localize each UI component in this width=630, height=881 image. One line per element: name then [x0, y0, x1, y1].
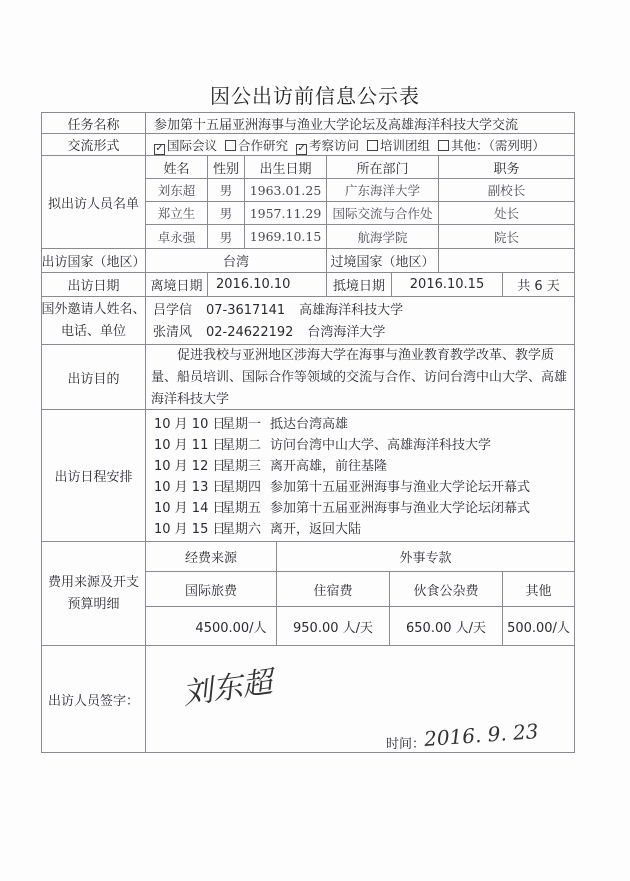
budget-value-intl-travel: 4500.00/人: [146, 607, 277, 646]
country-value: 台湾: [146, 249, 327, 273]
member-header-name: 姓名: [146, 156, 208, 179]
country-label: 出访国家（地区）: [41, 249, 146, 273]
budget-header-other: 其他: [503, 572, 575, 607]
return-date: 2016.10.15: [392, 273, 503, 297]
return-label: 抵境日期: [327, 273, 392, 297]
member-name: 刘东超: [146, 179, 208, 202]
transit-label: 过境国家（地区）: [327, 249, 439, 273]
checkbox-icon[interactable]: ✓: [296, 144, 307, 155]
member-gender: 男: [208, 202, 245, 225]
budget-source-value: 外事专款: [277, 542, 575, 572]
task-value: 参加第十五届亚洲海事与渔业大学论坛及高雄海洋科技大学交流: [146, 112, 575, 134]
member-position: 院长: [439, 225, 575, 249]
inviter-row: 张清风02-24622192台湾海洋大学: [153, 321, 399, 340]
budget-header-meals: 伙食公杂费: [390, 572, 503, 607]
exchange-form-options: ✓国际会议 合作研究 ✓考察访问 培训团组 其他：（需列明）: [146, 134, 575, 156]
member-gender: 男: [208, 225, 245, 249]
inviter-name: 吕学信: [153, 303, 192, 318]
member-name: 郑立生: [146, 202, 208, 225]
checkbox-icon[interactable]: [438, 140, 449, 151]
checkbox-icon[interactable]: [367, 140, 378, 151]
inviter-org: 台湾海洋大学: [307, 325, 385, 340]
option-inspection-visit[interactable]: ✓考察访问: [296, 136, 359, 154]
member-department: 广东海洋大学: [327, 179, 439, 202]
budget-value-other: 500.00/人: [503, 607, 575, 646]
schedule-item: 10 月 15 日星期六离开，返回大陆: [154, 518, 361, 537]
checkbox-icon[interactable]: [225, 140, 236, 151]
budget-header-lodging: 住宿费: [277, 572, 390, 607]
option-training-group[interactable]: 培训团组: [367, 136, 430, 154]
inviter-phone: 02-24622192: [206, 325, 293, 340]
checkbox-icon[interactable]: ✓: [154, 144, 165, 155]
member-position: 副校长: [439, 179, 575, 202]
member-birthdate: 1963.01.25: [245, 179, 327, 202]
dates-label: 出访日期: [41, 273, 146, 297]
budget-value-lodging: 950.00 人/天: [277, 607, 390, 646]
inviter-row: 吕学信07-3617141高雄海洋科技大学: [153, 299, 417, 318]
inviters-label: 国外邀请人姓名、 电话、单位: [41, 297, 146, 345]
purpose-text: 促进我校与亚洲地区涉海大学在海事与渔业教育教学改革、教学质量、船员培训、国际合作…: [151, 345, 571, 411]
budget-label: 费用来源及开支 预算明细: [41, 542, 146, 646]
member-header-department: 所在部门: [327, 156, 439, 179]
option-cooperative-research[interactable]: 合作研究: [225, 136, 288, 154]
member-header-gender: 性别: [208, 156, 245, 179]
total-days: 共 6 天: [503, 273, 575, 297]
transit-value: [439, 249, 575, 273]
member-gender: 男: [208, 179, 245, 202]
member-position: 处长: [439, 202, 575, 225]
schedule-item: 10 月 12 日星期三离开高雄，前往基隆: [154, 455, 387, 474]
schedule-item: 10 月 10 日星期一抵达台湾高雄: [154, 413, 348, 432]
page-title: 因公出访前信息公示表: [0, 80, 630, 109]
signature-date-label: 时间：: [386, 733, 425, 752]
budget-source-label: 经费来源: [146, 542, 277, 572]
inviter-phone: 07-3617141: [206, 303, 285, 318]
inviter-name: 张清风: [153, 325, 192, 340]
member-birthdate: 1957.11.29: [245, 202, 327, 225]
member-department: 国际交流与合作处: [327, 202, 439, 225]
member-header-position: 职务: [439, 156, 575, 179]
member-header-birthdate: 出生日期: [245, 156, 327, 179]
budget-header-intl-travel: 国际旅费: [146, 572, 277, 607]
option-international-conference[interactable]: ✓国际会议: [154, 136, 217, 154]
task-label: 任务名称: [41, 112, 146, 134]
budget-value-meals: 650.00 人/天: [390, 607, 503, 646]
exchange-form-label: 交流形式: [41, 134, 146, 156]
members-label: 拟出访人员名单: [41, 156, 146, 249]
member-birthdate: 1969.10.15: [245, 225, 327, 249]
signature-label: 出访人员签字：: [41, 646, 146, 753]
schedule-item: 10 月 11 日星期二访问台湾中山大学、高雄海洋科技大学: [154, 434, 491, 453]
option-other[interactable]: 其他：（需列明）: [438, 136, 545, 154]
depart-date: 2016.10.10: [208, 273, 327, 297]
schedule-item: 10 月 14 日星期五参加第十五届亚洲海事与渔业大学论坛闭幕式: [154, 497, 530, 516]
depart-label: 离境日期: [146, 273, 208, 297]
inviter-org: 高雄海洋科技大学: [299, 303, 403, 318]
schedule-item: 10 月 13 日星期四参加第十五届亚洲海事与渔业大学论坛开幕式: [154, 476, 530, 495]
member-department: 航海学院: [327, 225, 439, 249]
member-name: 卓永强: [146, 225, 208, 249]
schedule-label: 出访日程安排: [41, 410, 146, 542]
purpose-label: 出访目的: [41, 345, 146, 410]
